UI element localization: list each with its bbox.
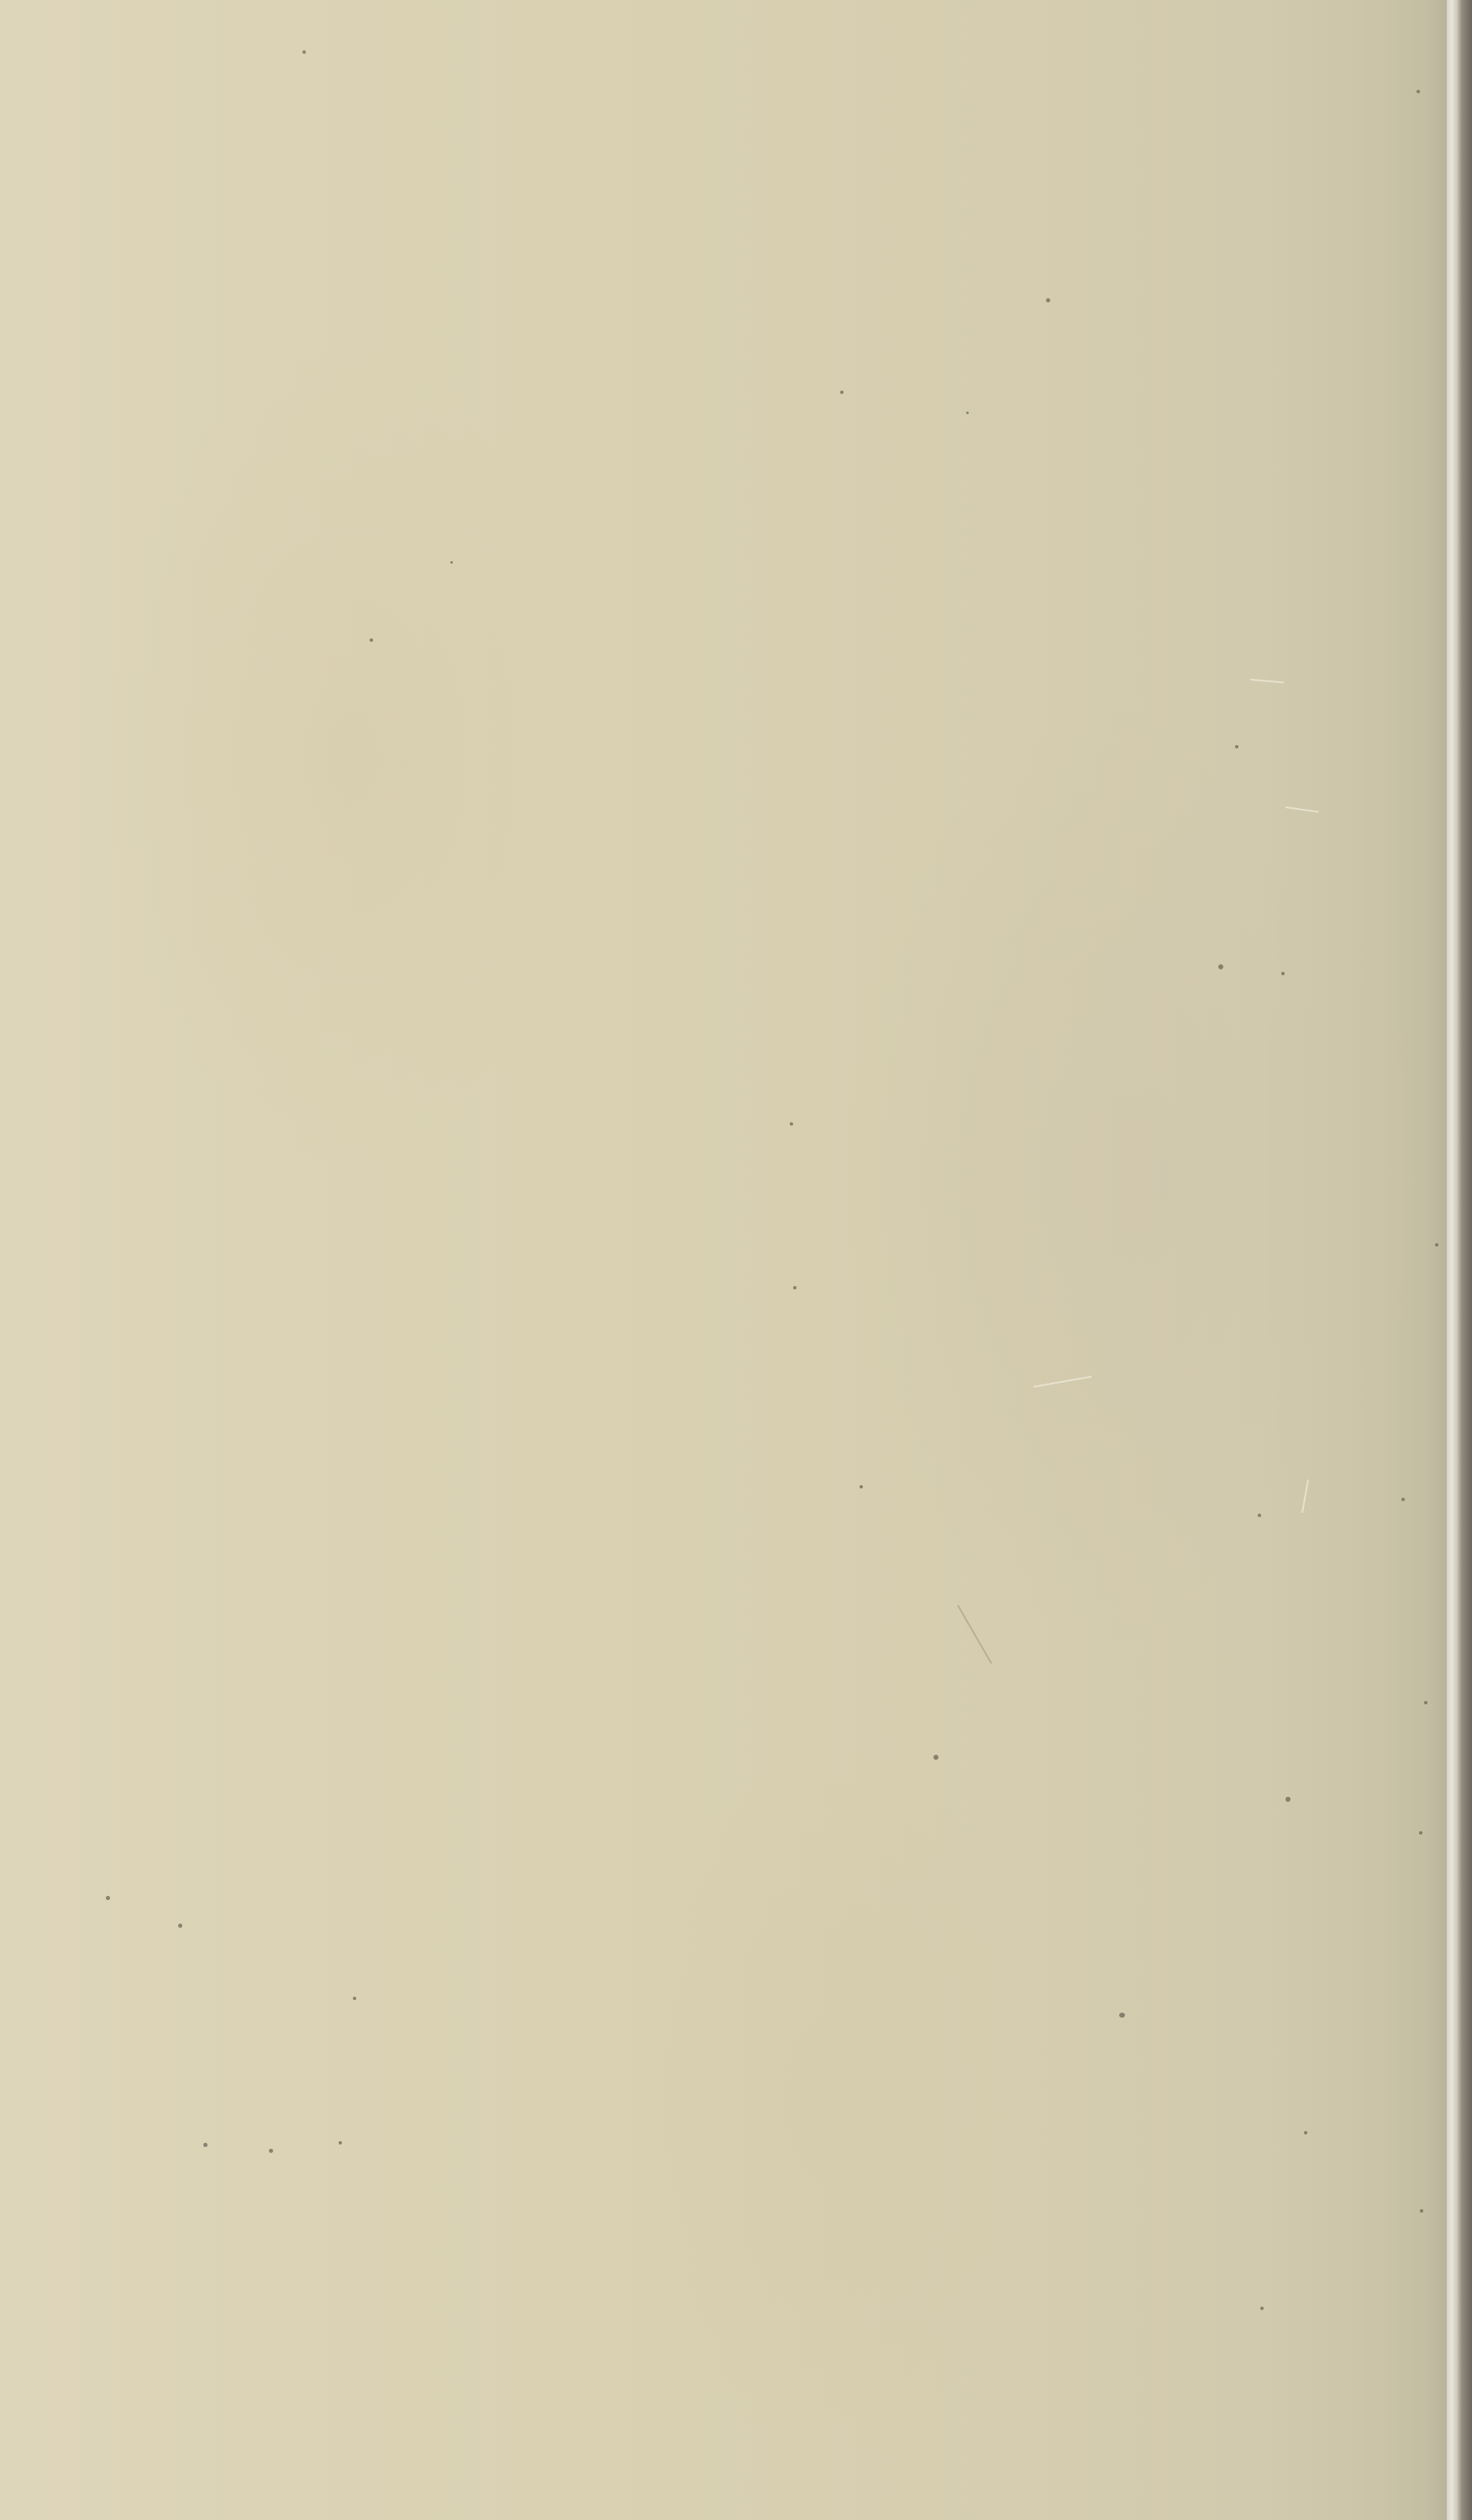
paper-speck bbox=[1435, 1243, 1438, 1247]
paper-speck bbox=[1424, 1701, 1427, 1704]
paper-speck bbox=[1218, 964, 1223, 969]
paper-speck bbox=[1235, 745, 1238, 748]
paper-speck bbox=[1417, 90, 1420, 93]
paper-speck bbox=[339, 2141, 342, 2145]
paper-speck bbox=[933, 1755, 938, 1760]
paper-speck bbox=[966, 412, 969, 414]
paper-speck bbox=[106, 1896, 110, 1900]
paper-speck bbox=[178, 1924, 182, 1928]
paper-speck bbox=[1281, 972, 1285, 975]
paper-speck bbox=[1401, 1498, 1405, 1501]
paper-speck bbox=[1285, 1797, 1291, 1802]
paper-speck bbox=[203, 2143, 208, 2147]
paper-speck bbox=[450, 561, 453, 564]
paper-speck bbox=[1046, 298, 1050, 302]
paper-speck bbox=[1260, 2307, 1264, 2310]
paper-speck bbox=[353, 1997, 356, 2000]
page-gutter-edge bbox=[1447, 0, 1472, 2520]
paper-speck bbox=[1420, 2209, 1423, 2213]
page-content-area bbox=[134, 168, 1311, 2352]
paper-speck bbox=[790, 1122, 793, 1126]
paper-speck bbox=[840, 391, 844, 394]
paper-speck bbox=[302, 50, 306, 54]
paper-speck bbox=[860, 1485, 863, 1488]
paper-speck bbox=[793, 1286, 796, 1289]
paper-speck bbox=[1119, 2013, 1125, 2018]
paper-speck bbox=[1419, 1831, 1422, 1835]
paper-speck bbox=[269, 2149, 273, 2153]
paper-speck bbox=[1258, 1514, 1261, 1517]
blank-page bbox=[0, 0, 1472, 2520]
paper-speck bbox=[1304, 2131, 1307, 2134]
paper-speck bbox=[370, 638, 373, 642]
